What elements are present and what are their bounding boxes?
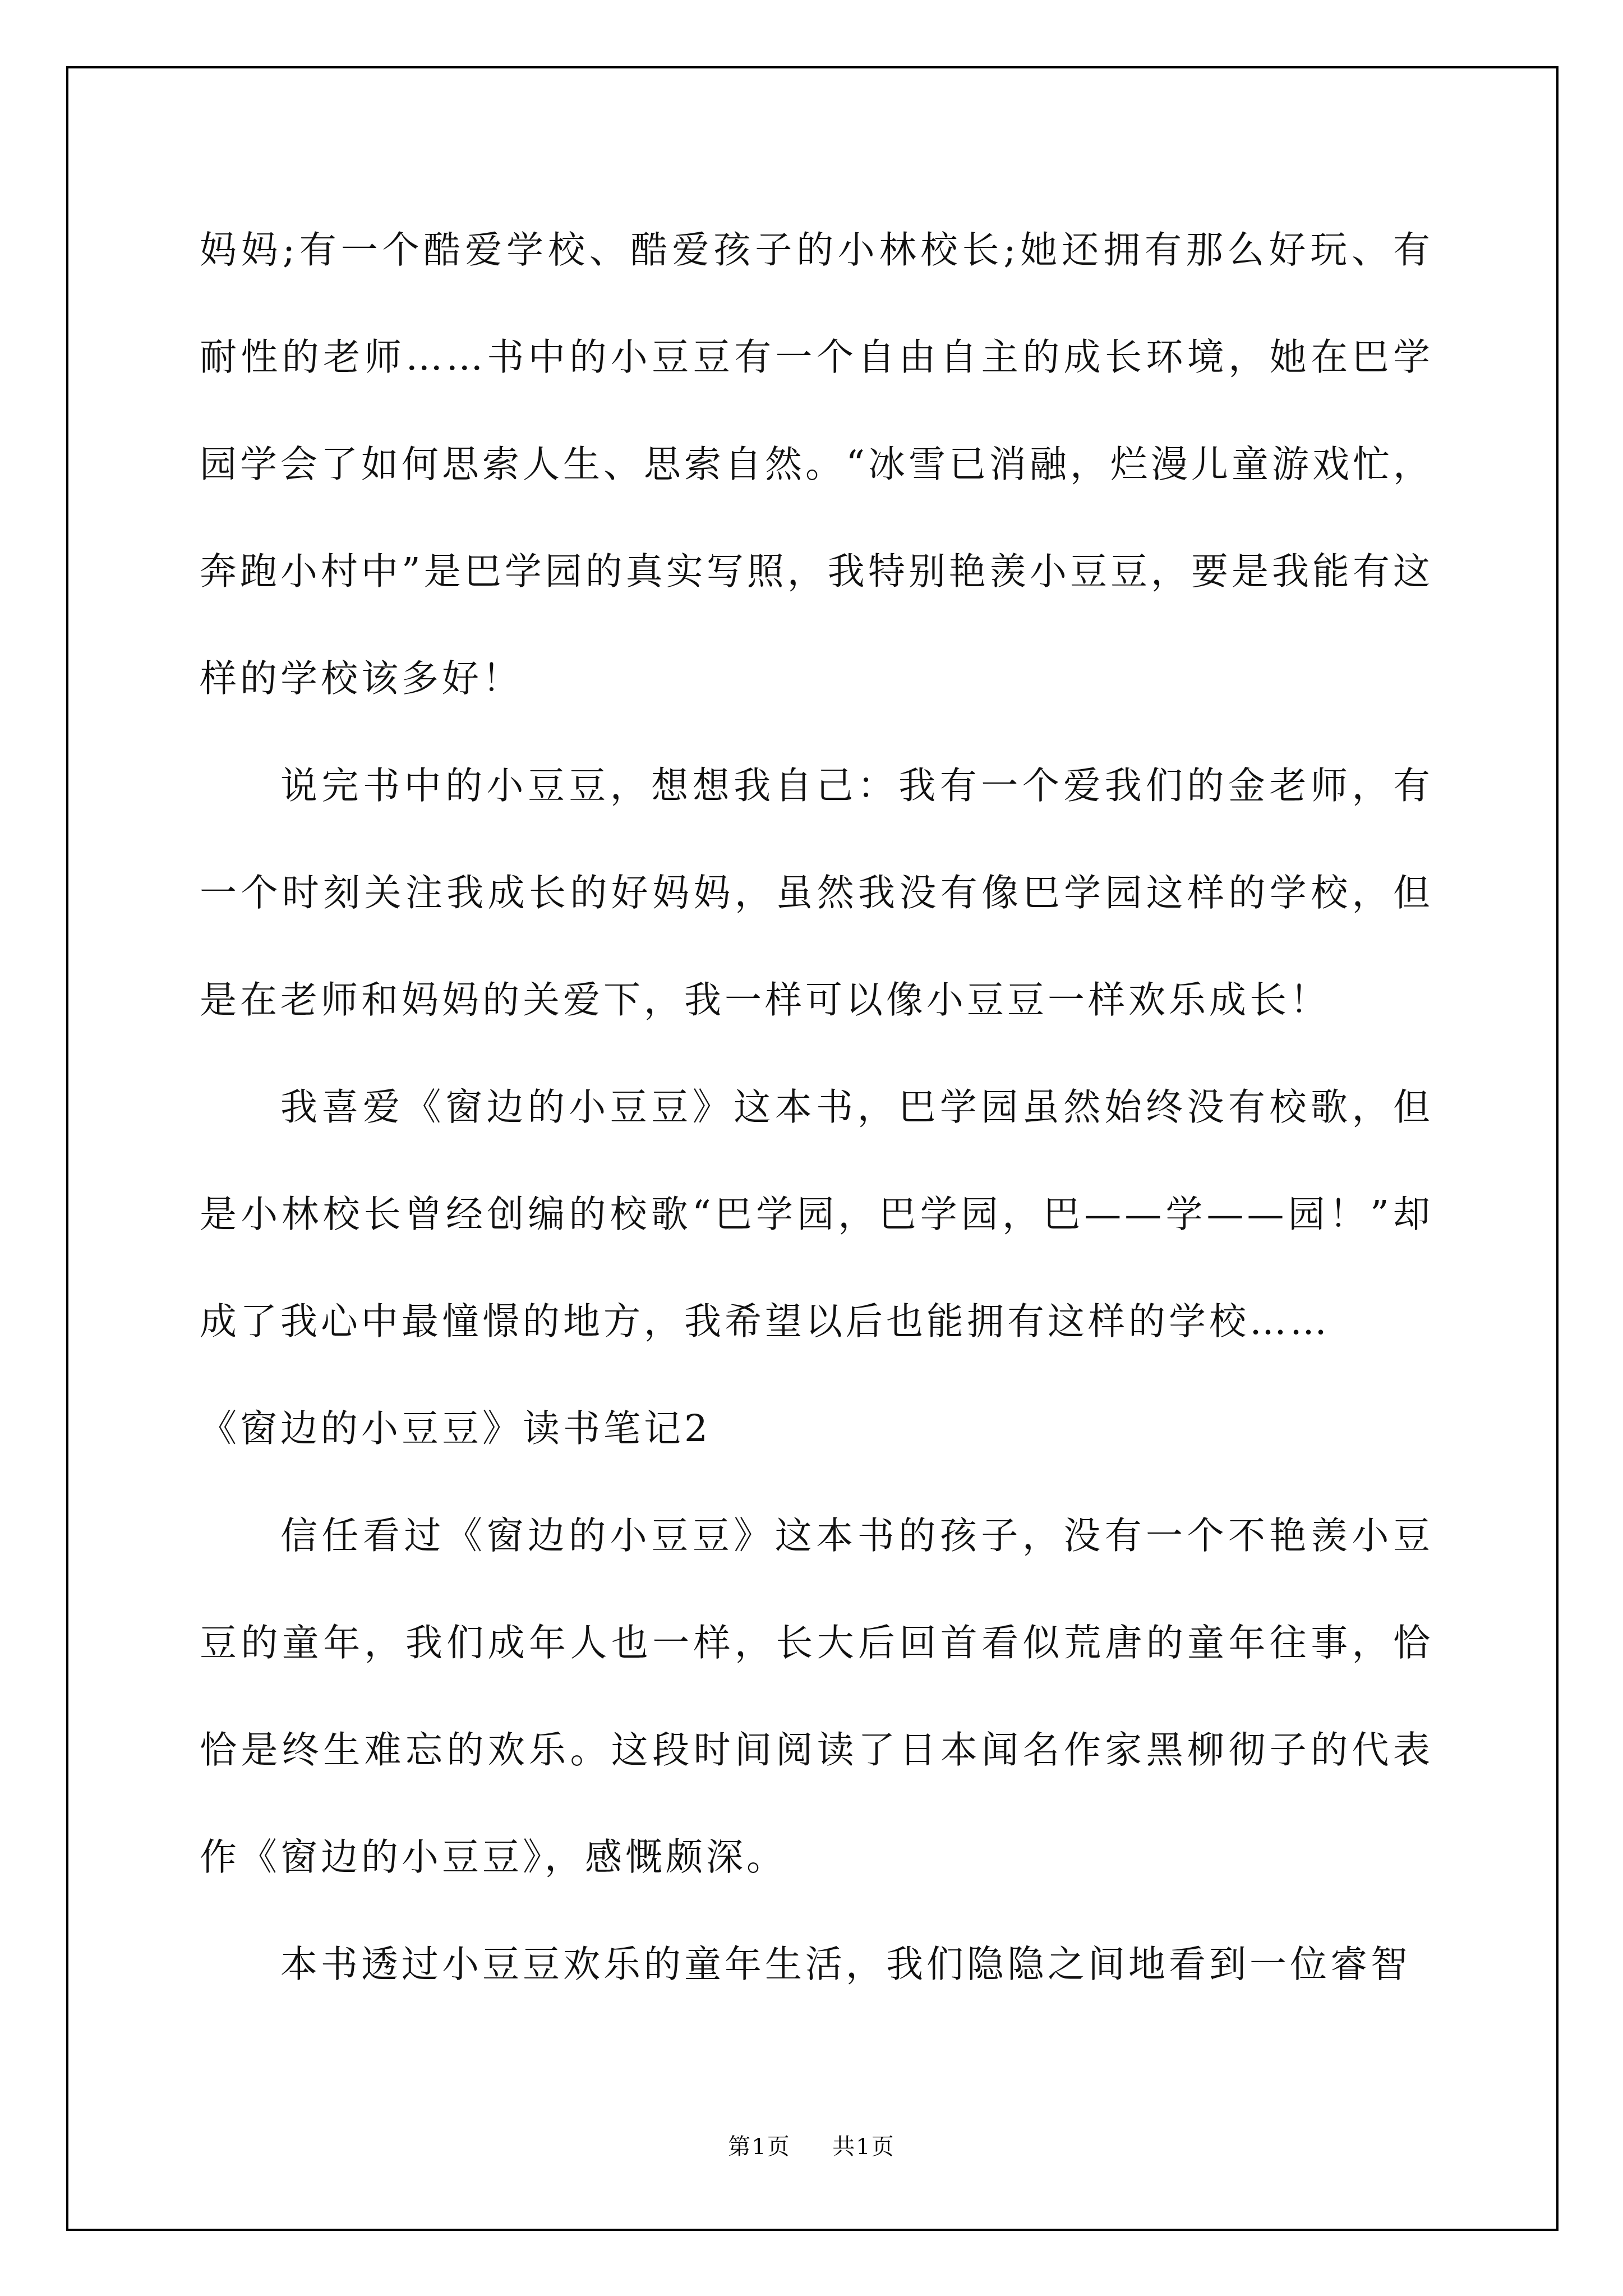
paragraph: 妈妈;有一个酷爱学校、酷爱孩子的小林校长;她还拥有那么好玩、有耐性的老师……书中…: [200, 196, 1433, 732]
page-number-current: 第1页: [728, 2134, 790, 2160]
section-title: 《窗边的小豆豆》读书笔记2: [200, 1375, 1433, 1482]
document-body: 妈妈;有一个酷爱学校、酷爱孩子的小林校长;她还拥有那么好玩、有耐性的老师……书中…: [200, 196, 1433, 2018]
page-number-total: 共1页: [832, 2134, 895, 2160]
paragraph: 信任看过《窗边的小豆豆》这本书的孩子，没有一个不艳羡小豆豆的童年，我们成年人也一…: [200, 1482, 1433, 1911]
page-footer: 第1页 共1页: [0, 2129, 1623, 2161]
paragraph: 说完书中的小豆豆，想想我自己：我有一个爱我们的金老师，有一个时刻关注我成长的好妈…: [200, 732, 1433, 1053]
paragraph: 我喜爱《窗边的小豆豆》这本书，巴学园虽然始终没有校歌，但是小林校长曾经创编的校歌…: [200, 1053, 1433, 1375]
paragraph: 本书透过小豆豆欢乐的童年生活，我们隐隐之间地看到一位睿智: [200, 1911, 1433, 2018]
